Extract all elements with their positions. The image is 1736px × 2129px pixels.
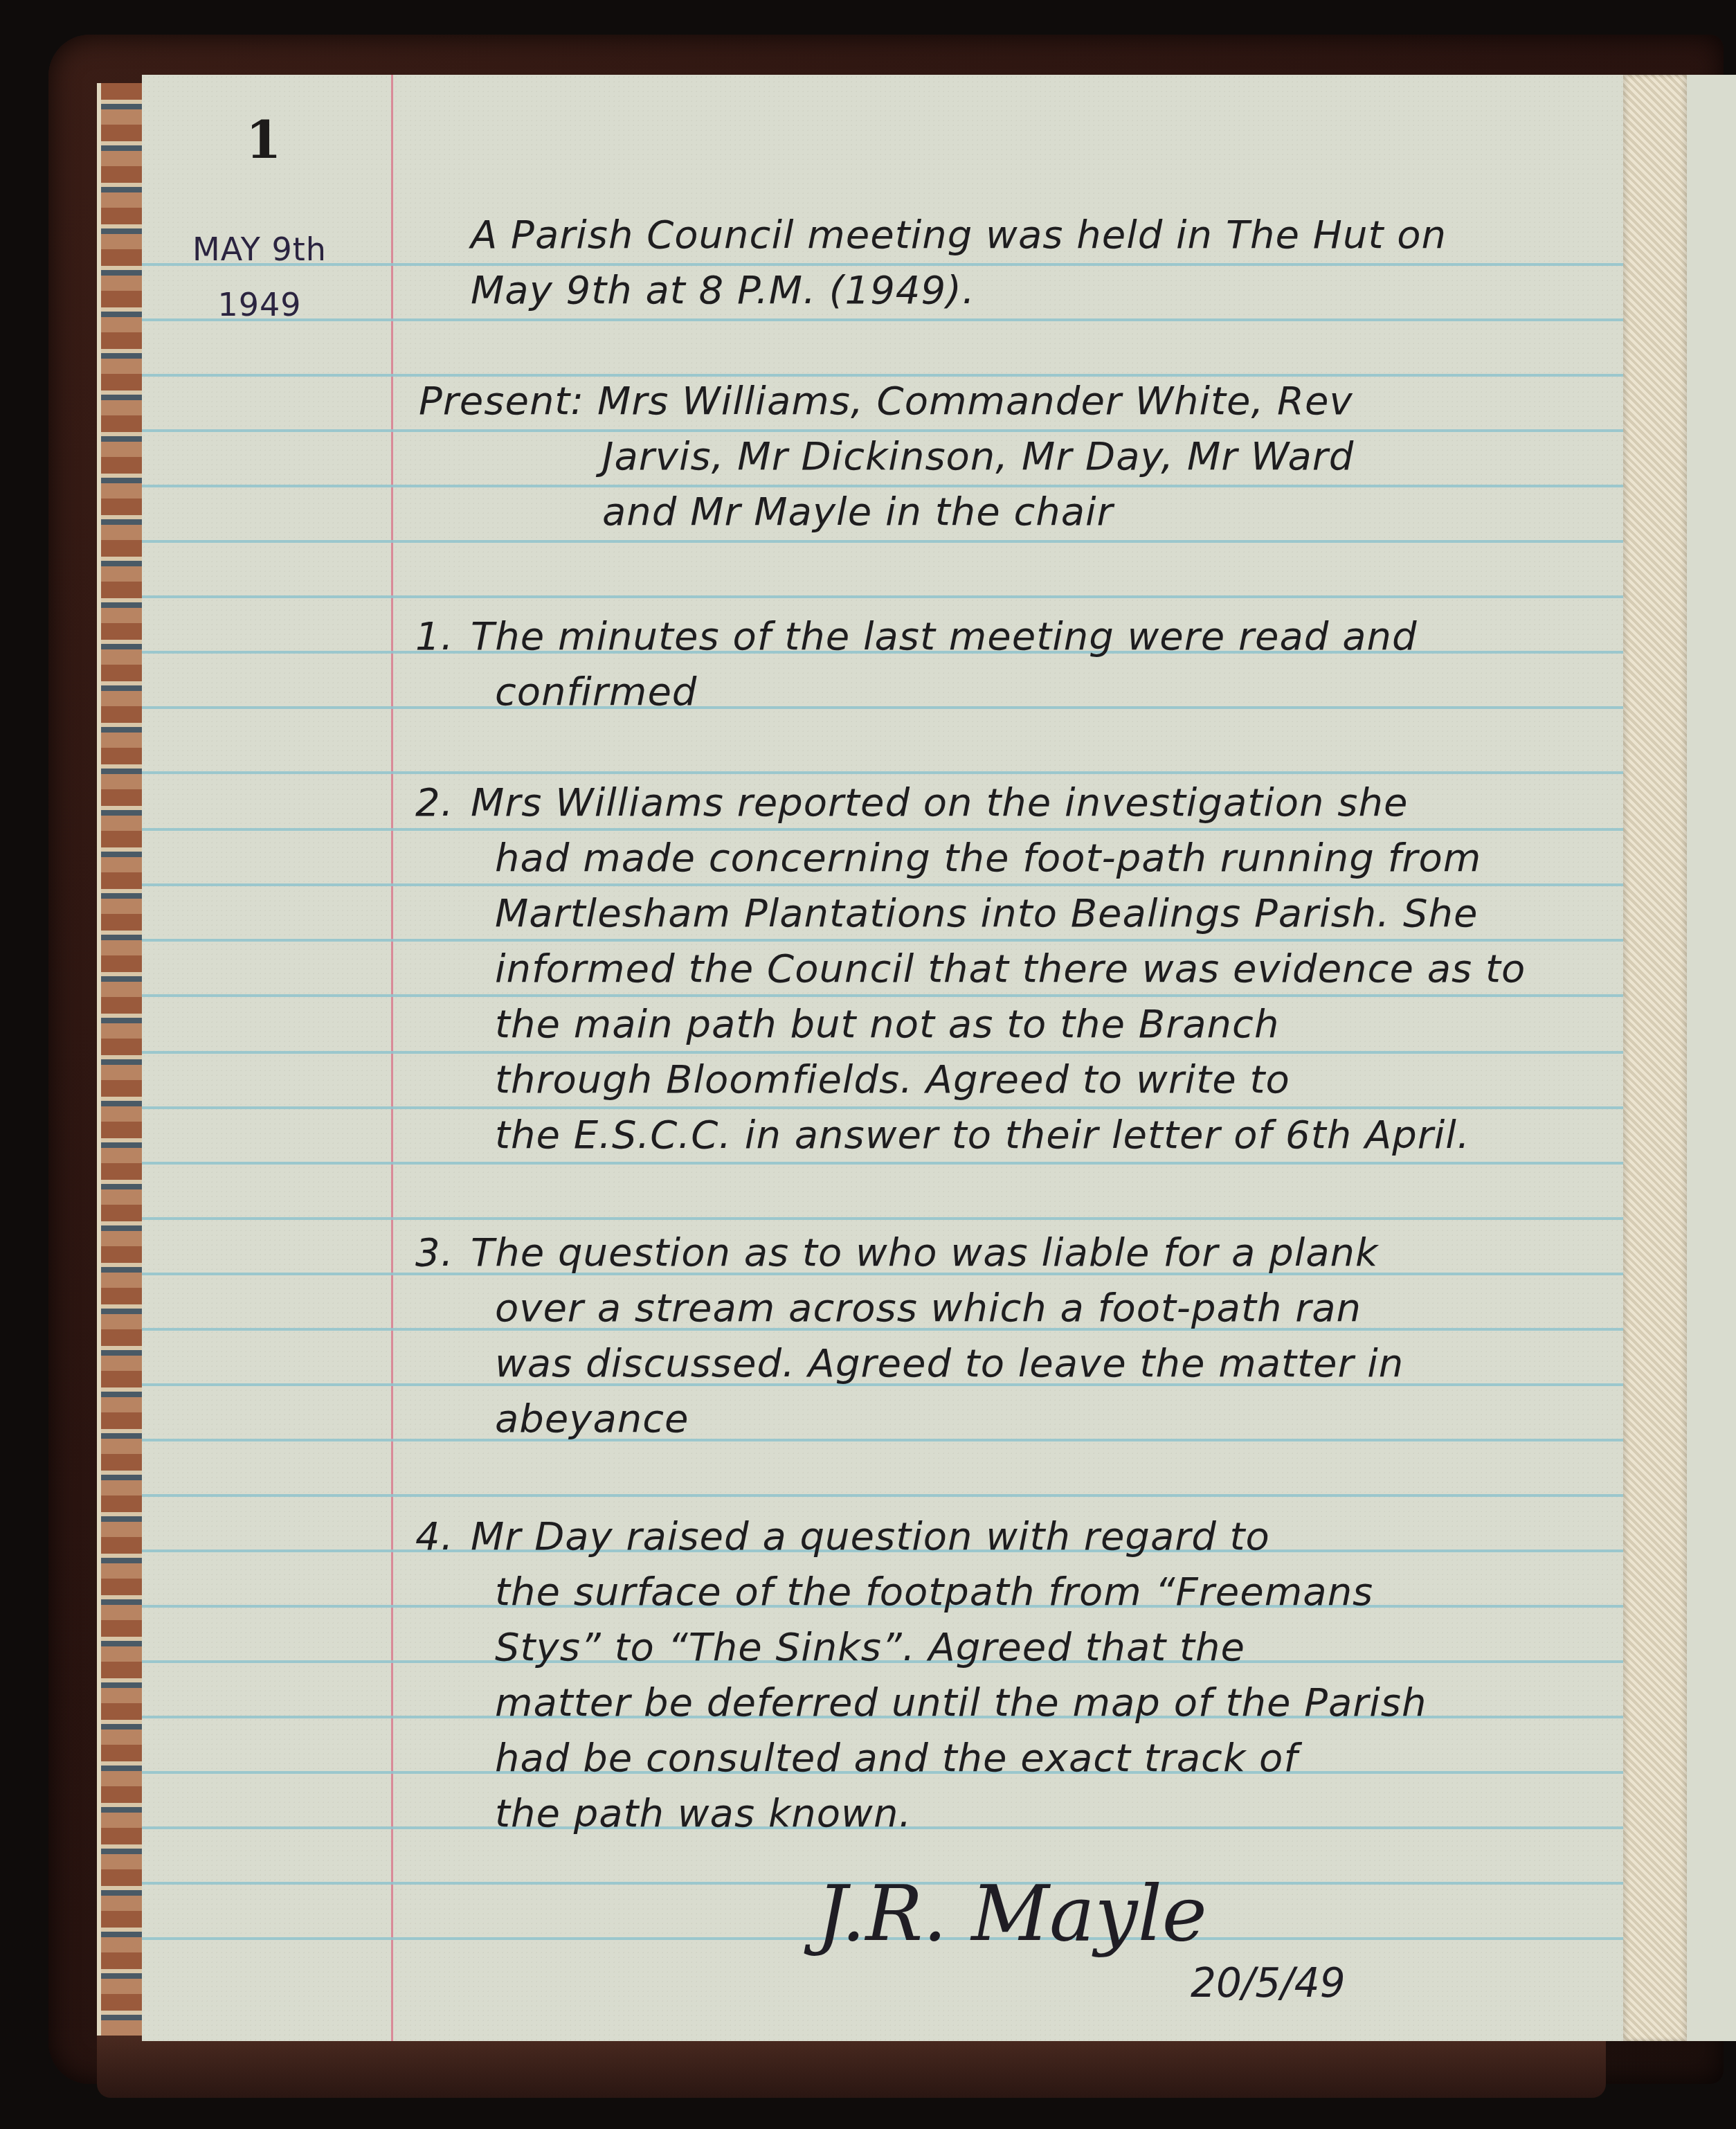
red-margin-line (391, 75, 393, 2041)
book-cover-bottom-edge (97, 2036, 1606, 2098)
item-number: 1. (415, 609, 471, 665)
item-line: The question as to who was liable for a … (471, 1230, 1379, 1275)
margin-date-year: 1949 (156, 277, 363, 332)
meeting-heading: A Parish Council meeting was held in The… (471, 208, 1606, 318)
ruled-line (142, 1494, 1623, 1497)
ruled-line (142, 318, 1623, 321)
item-line: was discussed. Agreed to leave the matte… (415, 1336, 1634, 1392)
minute-item-2: 2.Mrs Williams reported on the investiga… (415, 775, 1634, 1163)
attendees-block: Present: Mrs Williams, Commander White, … (419, 374, 1595, 540)
item-number: 4. (415, 1509, 471, 1565)
attendees-line: Jarvis, Mr Dickinson, Mr Day, Mr Ward (419, 429, 1595, 485)
ruled-line (142, 771, 1623, 774)
chair-signature: J.R. Mayle (817, 1869, 1207, 1958)
signature-date: 20/5/49 (1191, 1959, 1346, 2006)
item-line: the path was known. (415, 1786, 1634, 1842)
attendees-line: Present: Mrs Williams, Commander White, … (419, 374, 1595, 429)
item-line: had made concerning the foot-path runnin… (415, 831, 1634, 886)
item-number: 2. (415, 775, 471, 831)
item-line: had be consulted and the exact track of (415, 1731, 1634, 1786)
ruled-line (142, 595, 1623, 598)
heading-line: May 9th at 8 P.M. (1949). (471, 263, 1606, 318)
item-line: over a stream across which a foot-path r… (415, 1281, 1634, 1336)
margin-date-day: MAY 9th (156, 222, 363, 277)
margin-date: MAY 9th 1949 (156, 222, 363, 332)
ruled-line (142, 1217, 1623, 1220)
item-line: the surface of the footpath from “Freema… (415, 1565, 1634, 1620)
item-line: Stys” to “The Sinks”. Agreed that the (415, 1620, 1634, 1676)
attendees-line: and Mr Mayle in the chair (419, 485, 1595, 540)
item-line: the E.S.C.C. in answer to their letter o… (415, 1108, 1634, 1163)
page-block-edges (97, 83, 145, 2036)
item-line: abeyance (415, 1392, 1634, 1447)
minute-item-1: 1.The minutes of the last meeting were r… (415, 609, 1634, 720)
adjacent-page-edge (1687, 75, 1736, 2041)
item-line: Mrs Williams reported on the investigati… (471, 780, 1408, 825)
item-line: Mr Day raised a question with regard to (471, 1514, 1270, 1559)
item-line: confirmed (415, 665, 1634, 720)
item-line: the main path but not as to the Branch (415, 997, 1634, 1052)
minute-item-4: 4.Mr Day raised a question with regard t… (415, 1509, 1634, 1842)
heading-line: A Parish Council meeting was held in The… (471, 208, 1606, 263)
item-line: informed the Council that there was evid… (415, 942, 1634, 997)
page-number: 1 (246, 111, 282, 170)
item-line: Martlesham Plantations into Bealings Par… (415, 886, 1634, 942)
item-line: matter be deferred until the map of the … (415, 1676, 1634, 1731)
item-line: The minutes of the last meeting were rea… (471, 614, 1418, 659)
item-line: through Bloomfields. Agreed to write to (415, 1052, 1634, 1108)
item-number: 3. (415, 1225, 471, 1281)
ruled-line (142, 540, 1623, 543)
minute-item-3: 3.The question as to who was liable for … (415, 1225, 1634, 1447)
